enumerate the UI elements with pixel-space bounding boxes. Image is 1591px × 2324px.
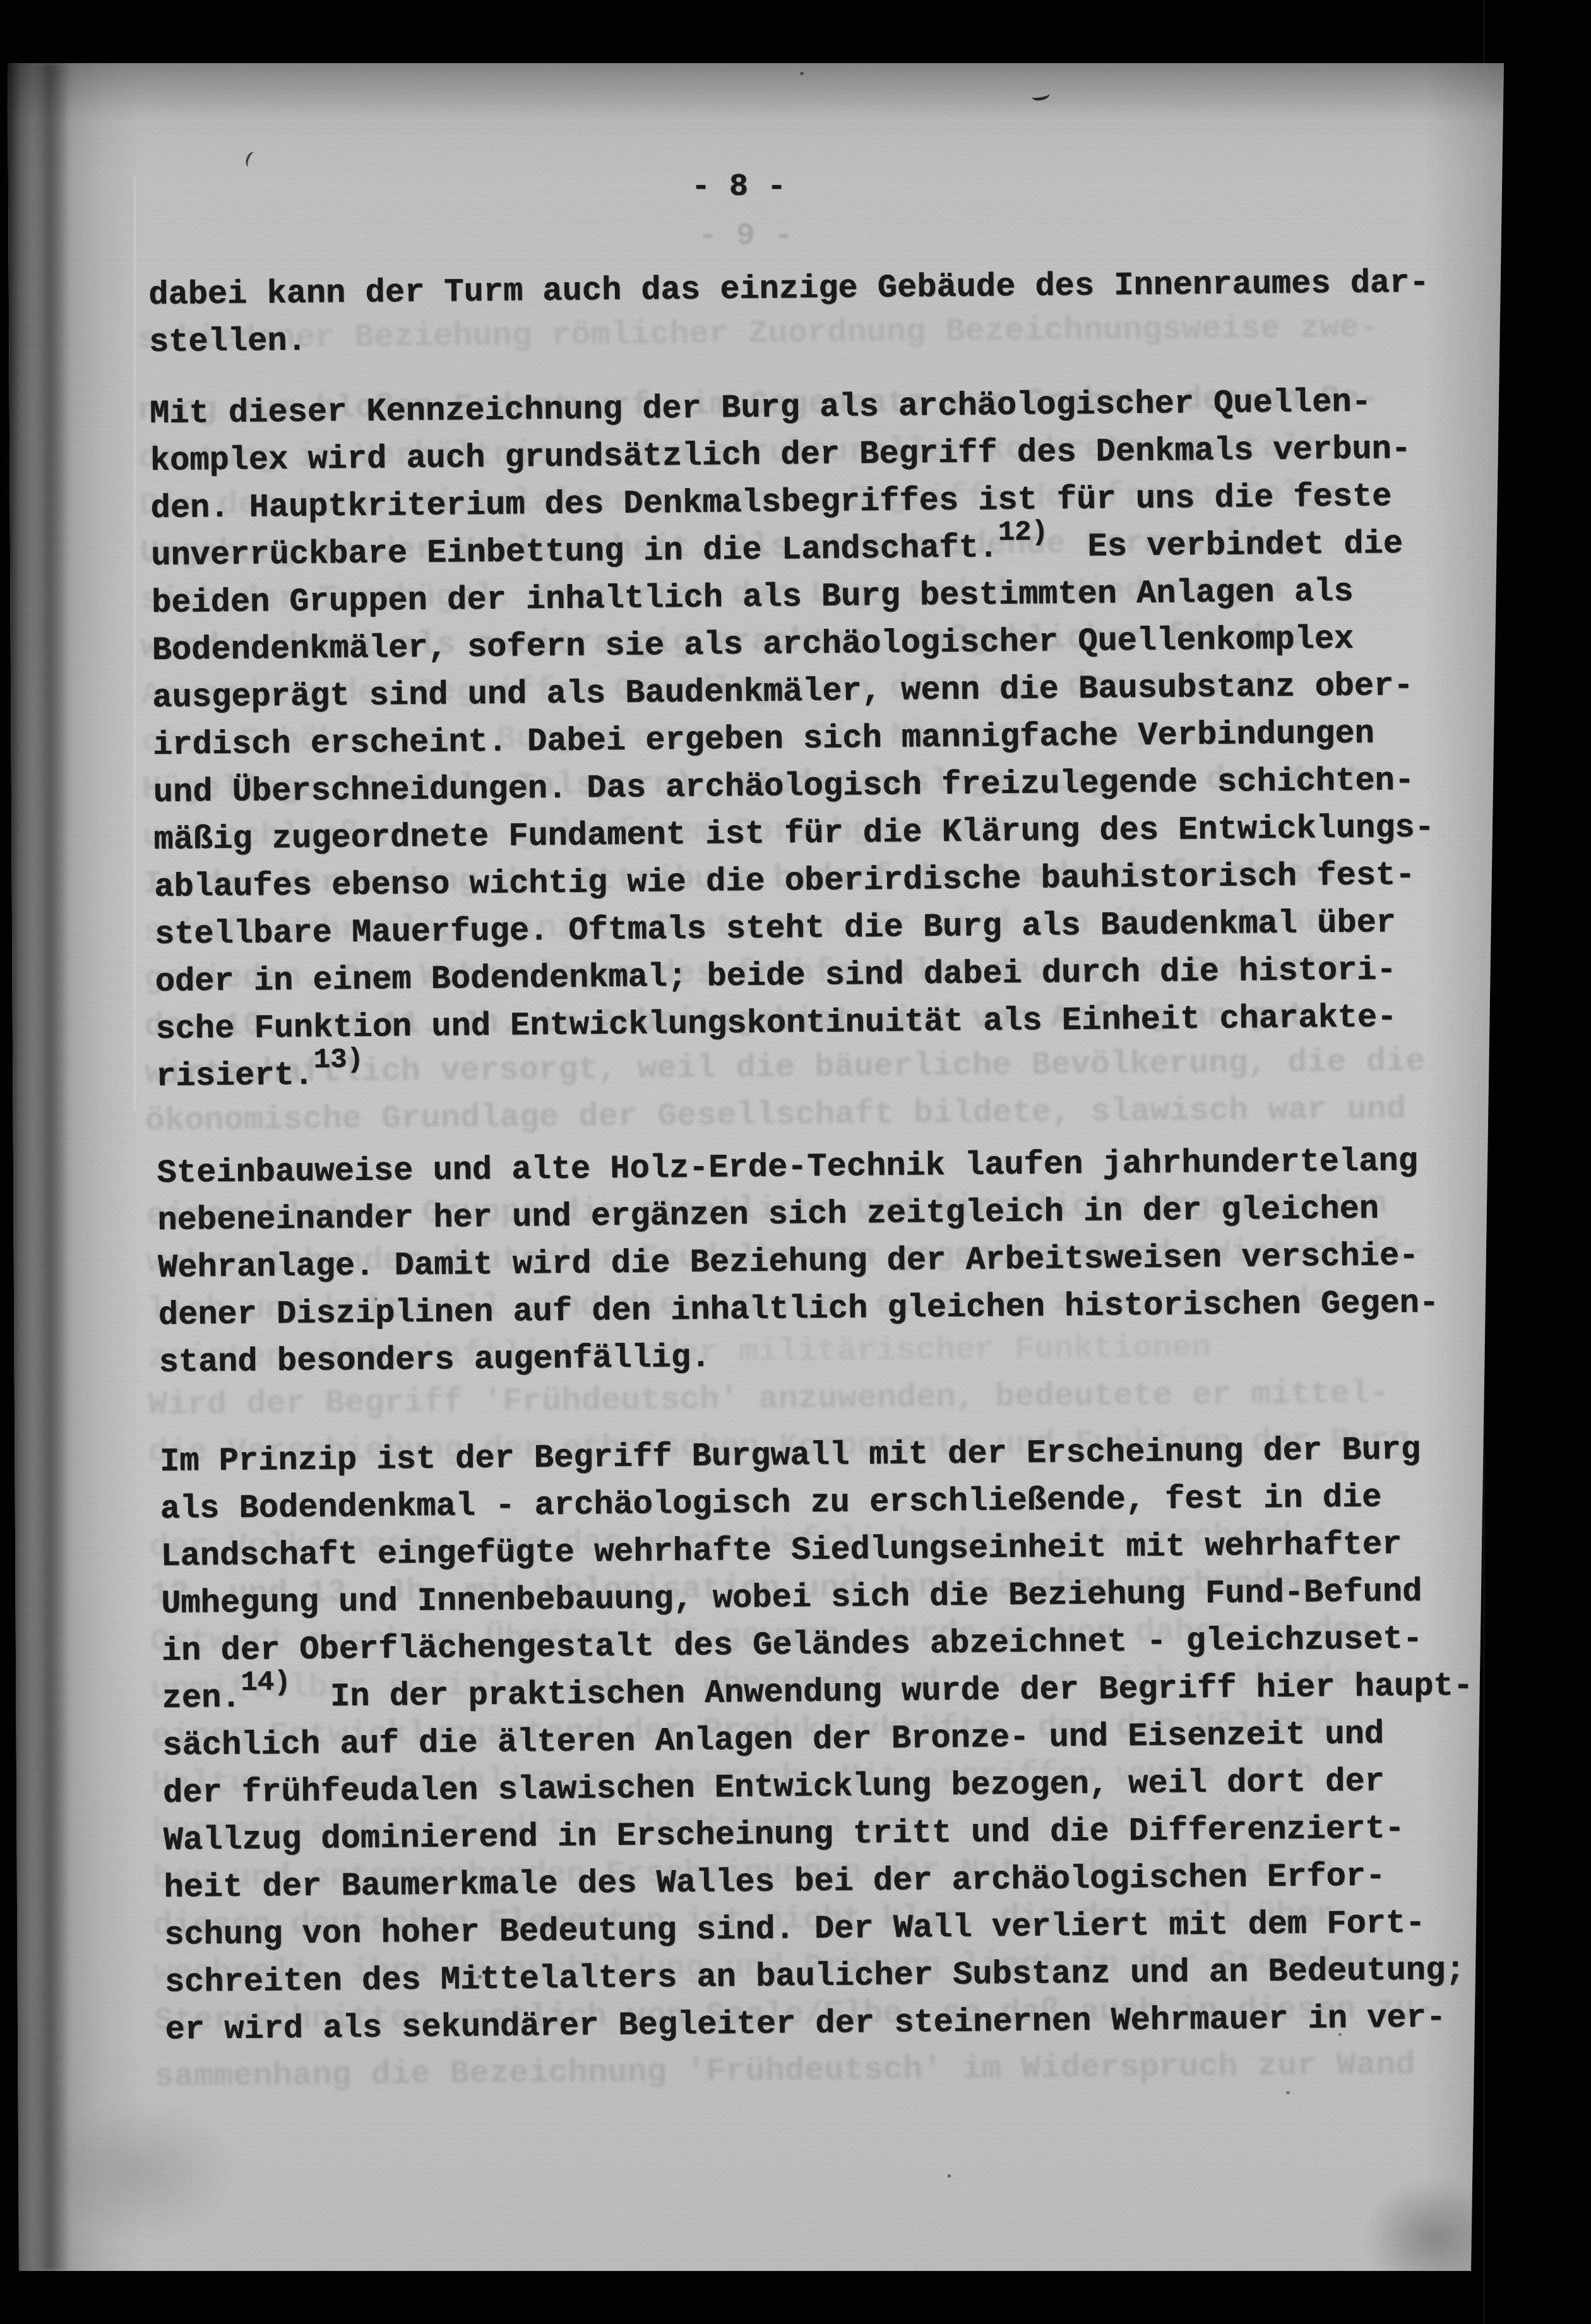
paragraph: Mit dieser Kennzeichnung der Burg als ar…: [150, 378, 1458, 1100]
dust-speck: [478, 1975, 482, 1979]
dust-speck: [800, 72, 804, 75]
bottom-left-smudge: [45, 2102, 235, 2241]
paragraph: Im Prinzip ist der Begriff Burgwall mit …: [160, 1426, 1467, 2054]
typed-line: risiert.13): [156, 1040, 1458, 1100]
footnote-marker: 14): [241, 1667, 291, 1699]
bottom-right-smudge: [1365, 2178, 1498, 2298]
dust-speck: [374, 1297, 378, 1301]
dust-speck: [948, 2174, 951, 2178]
footnote-marker: 13): [313, 1044, 364, 1076]
typewritten-text-block: dabei kann der Turm auch das einzige Geb…: [148, 259, 1467, 2054]
scanned-document-screenshot: { "page": { "number_label": "- 8 -", "gh…: [0, 0, 1591, 2324]
paragraph: dabei kann der Turm auch das einzige Geb…: [148, 259, 1451, 366]
paper-sheet: - 9 - - 8 - schiedener Beziehung römlich…: [8, 63, 1505, 2271]
dust-speck: [1338, 2033, 1342, 2036]
footnote-marker: 12): [998, 516, 1049, 549]
paragraph: Steinbauweise und alte Holz-Erde-Technik…: [157, 1137, 1461, 1386]
dust-speck: [1286, 2091, 1290, 2094]
